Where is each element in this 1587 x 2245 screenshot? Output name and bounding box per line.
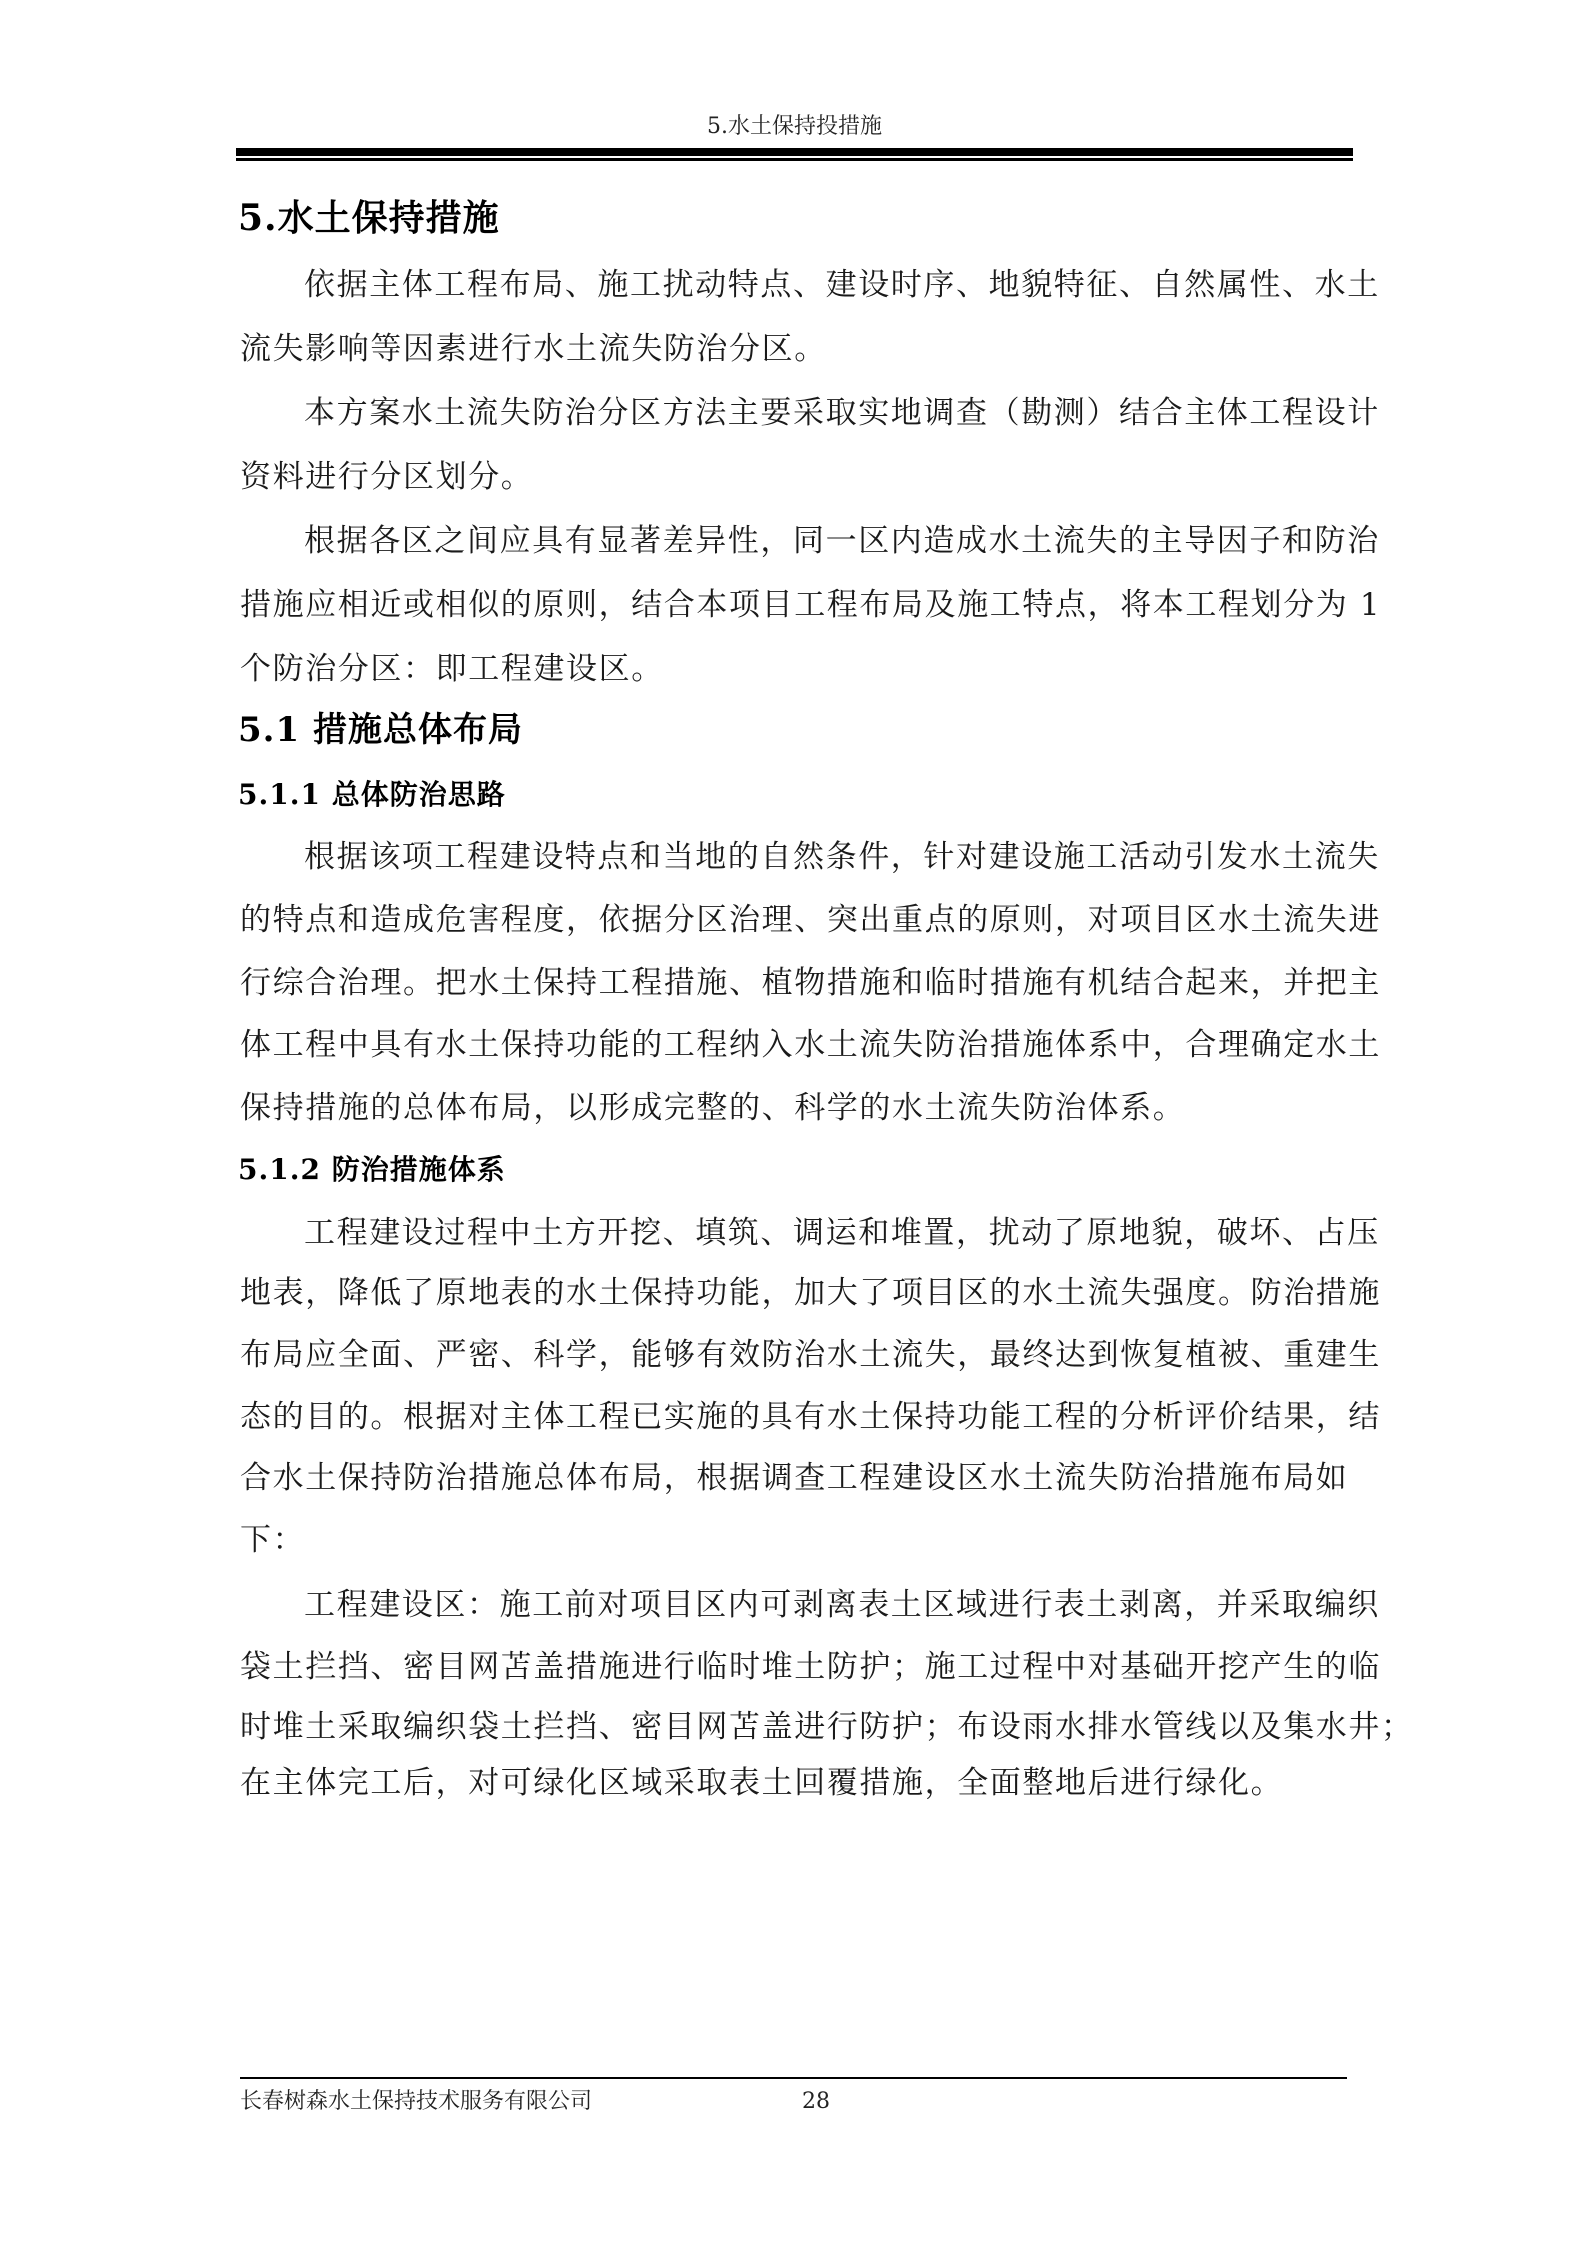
paragraph-line: 在主体完工后，对可绿化区域采取表土回覆措施，全面整地后进行绿化。 — [240, 1763, 1283, 1803]
paragraph-line: 工程建设过程中土方开挖、填筑、调运和堆置，扰动了原地貌，破坏、占压 — [304, 1213, 1380, 1253]
paragraph-line: 下： — [240, 1520, 305, 1560]
paragraph-line: 根据该项工程建设特点和当地的自然条件，针对建设施工活动引发水土流失 — [304, 837, 1380, 877]
paragraph-line: 态的目的。根据对主体工程已实施的具有水土保持功能工程的分析评价结果，结 — [240, 1397, 1381, 1437]
section-title: 5.水土保持措施 — [238, 196, 500, 240]
paragraph-line: 个防治分区：即工程建设区。 — [240, 649, 664, 689]
subsubsection-title: 5.1.2 防治措施体系 — [238, 1152, 506, 1188]
paragraph-line: 本方案水土流失防治分区方法主要采取实地调查（勘测）结合主体工程设计 — [304, 393, 1380, 433]
paragraph-line: 袋土拦挡、密目网苫盖措施进行临时堆土防护；施工过程中对基础开挖产生的临 — [240, 1647, 1381, 1687]
header-rule-thin — [236, 158, 1353, 161]
paragraph-line: 体工程中具有水土保持功能的工程纳入水土流失防治措施体系中，合理确定水土 — [240, 1025, 1381, 1065]
page-number: 28 — [802, 2088, 830, 2116]
footer-company-name: 长春树森水土保持技术服务有限公司 — [240, 2088, 592, 2116]
subsubsection-title: 5.1.1 总体防治思路 — [238, 777, 506, 813]
paragraph-line: 流失影响等因素进行水土流失防治分区。 — [240, 329, 827, 369]
paragraph-line: 行综合治理。把水土保持工程措施、植物措施和临时措施有机结合起来，并把主 — [240, 963, 1381, 1003]
paragraph-line: 措施应相近或相似的原则，结合本项目工程布局及施工特点，将本工程划分为 1 — [240, 585, 1381, 625]
paragraph-line: 依据主体工程布局、施工扰动特点、建设时序、地貌特征、自然属性、水土 — [304, 265, 1380, 305]
running-header: 5.水土保持投措施 — [236, 113, 1353, 141]
paragraph-line: 资料进行分区划分。 — [240, 457, 533, 497]
header-rule-thick — [236, 148, 1353, 156]
paragraph-line: 地表，降低了原地表的水土保持功能，加大了项目区的水土流失强度。防治措施 — [240, 1273, 1381, 1313]
subsection-title: 5.1 措施总体布局 — [238, 708, 523, 752]
paragraph-line: 根据各区之间应具有显著差异性，同一区内造成水土流失的主导因子和防治 — [304, 521, 1380, 561]
paragraph-line: 的特点和造成危害程度，依据分区治理、突出重点的原则，对项目区水土流失进 — [240, 900, 1381, 940]
document-page: 5.水土保持投措施 5.水土保持措施 依据主体工程布局、施工扰动特点、建设时序、… — [0, 0, 1587, 2245]
footer-rule — [240, 2077, 1347, 2079]
paragraph-line: 保持措施的总体布局，以形成完整的、科学的水土流失防治体系。 — [240, 1088, 1185, 1128]
paragraph-line: 工程建设区：施工前对项目区内可剥离表土区域进行表土剥离，并采取编织 — [304, 1585, 1380, 1625]
paragraph-line: 时堆土采取编织袋土拦挡、密目网苫盖进行防护；布设雨水排水管线以及集水井； — [240, 1707, 1414, 1747]
paragraph-line: 合水土保持防治措施总体布局，根据调查工程建设区水土流失防治措施布局如 — [240, 1458, 1348, 1498]
paragraph-line: 布局应全面、严密、科学，能够有效防治水土流失，最终达到恢复植被、重建生 — [240, 1335, 1381, 1375]
